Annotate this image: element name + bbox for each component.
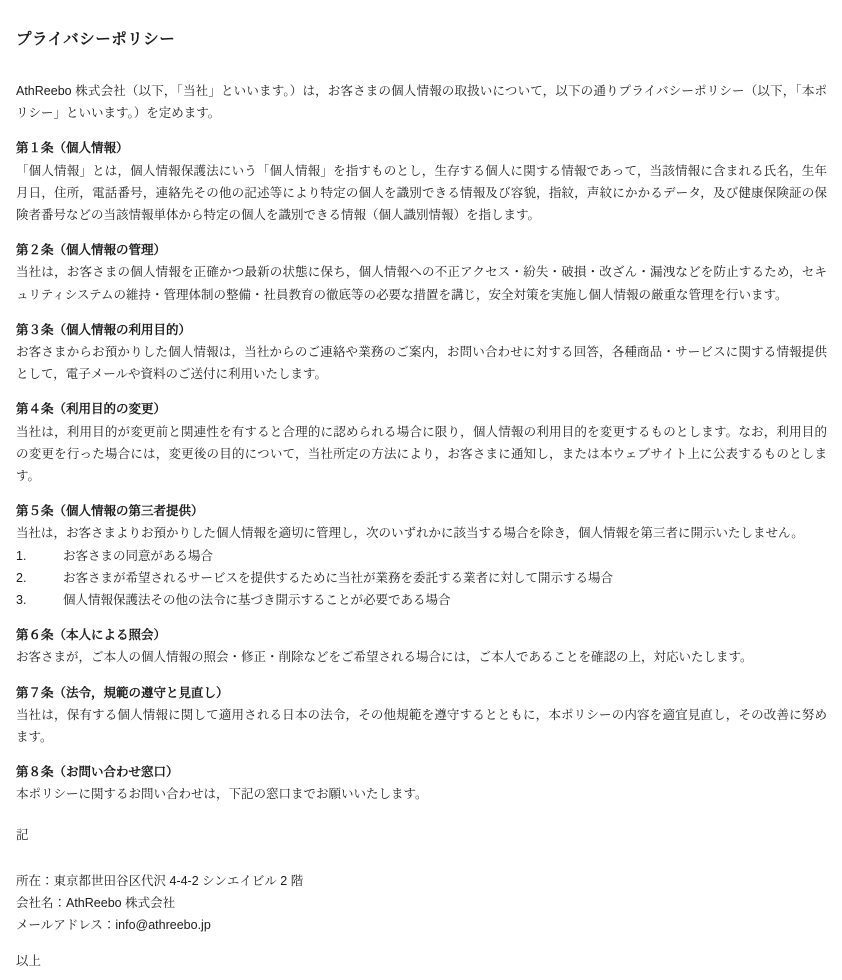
list-item-text: 個人情報保護法その他の法令に基づき開示することが必要である場合	[63, 589, 827, 611]
article-4-heading: 第４条（利用目的の変更）	[16, 398, 827, 420]
article-6-body: お客さまが，ご本人の個人情報の照会・修正・削除などをご希望される場合には，ご本人…	[16, 646, 827, 668]
article-5-body: 当社は，お客さまよりお預かりした個人情報を適切に管理し，次のいずれかに該当する場…	[16, 522, 827, 544]
article-7-body: 当社は，保有する個人情報に関して適用される日本の法令，その他規範を遵守するととも…	[16, 704, 827, 748]
intro-paragraph: AthReebo 株式会社（以下，「当社」といいます。）は，お客さまの個人情報の…	[16, 80, 827, 124]
notice-marker: 記	[16, 824, 827, 846]
article-4-body: 当社は，利用目的が変更前と関連性を有すると合理的に認められる場合に限り，個人情報…	[16, 421, 827, 488]
section-article-3: 第３条（個人情報の利用目的） お客さまからお預かりした個人情報は，当社からのご連…	[16, 319, 827, 386]
list-item: 1. お客さまの同意がある場合	[16, 545, 827, 567]
list-item-number: 1.	[16, 545, 63, 567]
article-1-body: 「個人情報」とは，個人情報保護法にいう「個人情報」を指すものとし，生存する個人に…	[16, 160, 827, 227]
section-article-7: 第７条（法令，規範の遵守と見直し） 当社は，保有する個人情報に関して適用される日…	[16, 682, 827, 749]
privacy-policy-document: プライバシーポリシー AthReebo 株式会社（以下，「当社」といいます。）は…	[0, 0, 842, 980]
section-article-1: 第１条（個人情報） 「個人情報」とは，個人情報保護法にいう「個人情報」を指すもの…	[16, 137, 827, 226]
article-8-body: 本ポリシーに関するお問い合わせは，下記の窓口までお願いいたします。	[16, 783, 827, 805]
section-article-4: 第４条（利用目的の変更） 当社は，利用目的が変更前と関連性を有すると合理的に認め…	[16, 398, 827, 487]
article-5-heading: 第５条（個人情報の第三者提供）	[16, 500, 827, 522]
contact-email-line: メールアドレス：info@athreebo.jp	[16, 914, 827, 936]
section-article-2: 第２条（個人情報の管理） 当社は，お客さまの個人情報を正確かつ最新の状態に保ち，…	[16, 239, 827, 306]
closing-text: 以上	[16, 950, 827, 972]
contact-company-line: 会社名：AthReebo 株式会社	[16, 892, 827, 914]
section-article-8: 第８条（お問い合わせ窓口） 本ポリシーに関するお問い合わせは，下記の窓口までお願…	[16, 761, 827, 805]
article-7-heading: 第７条（法令，規範の遵守と見直し）	[16, 682, 827, 704]
list-item-number: 2.	[16, 567, 63, 589]
section-article-5: 第５条（個人情報の第三者提供） 当社は，お客さまよりお預かりした個人情報を適切に…	[16, 500, 827, 611]
list-item-text: お客さまの同意がある場合	[63, 545, 827, 567]
list-item-text: お客さまが希望されるサービスを提供するために当社が業務を委託する業者に対して開示…	[63, 567, 827, 589]
list-item: 3. 個人情報保護法その他の法令に基づき開示することが必要である場合	[16, 589, 827, 611]
article-3-body: お客さまからお預かりした個人情報は，当社からのご連絡や業務のご案内，お問い合わせ…	[16, 341, 827, 385]
article-3-heading: 第３条（個人情報の利用目的）	[16, 319, 827, 341]
article-2-body: 当社は，お客さまの個人情報を正確かつ最新の状態に保ち，個人情報への不正アクセス・…	[16, 261, 827, 305]
section-article-6: 第６条（本人による照会） お客さまが，ご本人の個人情報の照会・修正・削除などをご…	[16, 624, 827, 668]
article-8-heading: 第８条（お問い合わせ窓口）	[16, 761, 827, 783]
list-item-number: 3.	[16, 589, 63, 611]
third-party-disclosure-list: 1. お客さまの同意がある場合 2. お客さまが希望されるサービスを提供するため…	[16, 545, 827, 612]
page-title: プライバシーポリシー	[16, 30, 827, 50]
contact-address-line: 所在：東京都世田谷区代沢 4-4-2 シンエイビル 2 階	[16, 870, 827, 892]
article-6-heading: 第６条（本人による照会）	[16, 624, 827, 646]
article-1-heading: 第１条（個人情報）	[16, 137, 827, 159]
article-2-heading: 第２条（個人情報の管理）	[16, 239, 827, 261]
contact-block: 所在：東京都世田谷区代沢 4-4-2 シンエイビル 2 階 会社名：AthRee…	[16, 870, 827, 937]
list-item: 2. お客さまが希望されるサービスを提供するために当社が業務を委託する業者に対し…	[16, 567, 827, 589]
